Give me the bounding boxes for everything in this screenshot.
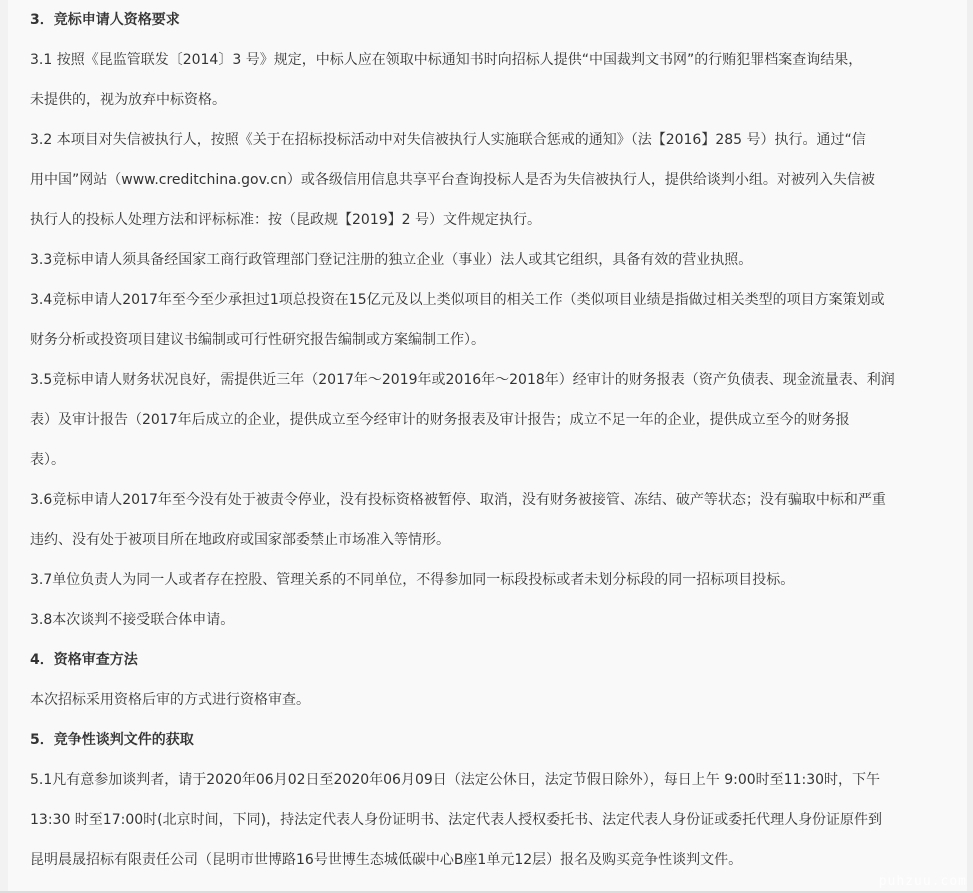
paragraph-5-1: 5.1凡有意参加谈判者，请于2020年06月02日至2020年06月09日（法定… — [30, 760, 945, 880]
document-body: 3．竞标申请人资格要求 3.1 按照《昆监管联发〔2014〕3 号》规定，中标人… — [30, 0, 945, 880]
left-margin-band — [0, 0, 8, 893]
text-line: 3.4竞标申请人2017年至今至少承担过1项总投资在15亿元及以上类似项目的相关… — [30, 280, 945, 320]
text-line: 表）及审计报告（2017年后成立的企业，提供成立至今经审计的财务报表及审计报告；… — [30, 400, 945, 440]
text-line: 表）。 — [30, 440, 945, 480]
text-line: 3.2 本项目对失信被执行人，按照《关于在招标投标活动中对失信被执行人实施联合惩… — [30, 120, 945, 160]
paragraph-3-1: 3.1 按照《昆监管联发〔2014〕3 号》规定，中标人应在领取中标通知书时向招… — [30, 40, 945, 120]
text-line: 3.8本次谈判不接受联合体申请。 — [30, 600, 945, 640]
section-heading-5: 5．竞争性谈判文件的获取 — [30, 720, 945, 760]
text-line: 未提供的，视为放弃中标资格。 — [30, 80, 945, 120]
paragraph-3-8: 3.8本次谈判不接受联合体申请。 — [30, 600, 945, 640]
text-line: 财务分析或投资项目建议书编制或可行性研究报告编制或方案编制工作）。 — [30, 320, 945, 360]
text-line: 昆明晨晟招标有限责任公司（昆明市世博路16号世博生态城低碳中心B座1单元12层）… — [30, 840, 945, 880]
paragraph-3-6: 3.6竞标申请人2017年至今没有处于被责令停业，没有投标资格被暂停、取消，没有… — [30, 480, 945, 560]
text-line: 13:30 时至17:00时(北京时间，下同)，持法定代表人身份证明书、法定代表… — [30, 800, 945, 840]
watermark: puhzuu.com — [879, 874, 967, 889]
text-line: 3.7单位负责人为同一人或者存在控股、管理关系的不同单位，不得参加同一标段投标或… — [30, 560, 945, 600]
text-line: 5.1凡有意参加谈判者，请于2020年06月02日至2020年06月09日（法定… — [30, 760, 945, 800]
paragraph-3-5: 3.5竞标申请人财务状况良好，需提供近三年（2017年～2019年或2016年～… — [30, 360, 945, 480]
text-line: 本次招标采用资格后审的方式进行资格审查。 — [30, 680, 945, 720]
paragraph-4-body: 本次招标采用资格后审的方式进行资格审查。 — [30, 680, 945, 720]
section-heading-3: 3．竞标申请人资格要求 — [30, 0, 945, 40]
paragraph-3-2: 3.2 本项目对失信被执行人，按照《关于在招标投标活动中对失信被执行人实施联合惩… — [30, 120, 945, 240]
text-line: 违约、没有处于被项目所在地政府或国家部委禁止市场准入等情形。 — [30, 520, 945, 560]
paragraph-3-3: 3.3竞标申请人须具备经国家工商行政管理部门登记注册的独立企业（事业）法人或其它… — [30, 240, 945, 280]
text-line: 3.6竞标申请人2017年至今没有处于被责令停业，没有投标资格被暂停、取消，没有… — [30, 480, 945, 520]
text-line: 执行人的投标人处理方法和评标标准：按（昆政规【2019】2 号）文件规定执行。 — [30, 200, 945, 240]
scrollbar-track[interactable] — [967, 0, 973, 893]
text-line: 用中国”网站（www.creditchina.gov.cn）或各级信用信息共享平… — [30, 160, 945, 200]
paragraph-3-4: 3.4竞标申请人2017年至今至少承担过1项总投资在15亿元及以上类似项目的相关… — [30, 280, 945, 360]
text-line: 3.5竞标申请人财务状况良好，需提供近三年（2017年～2019年或2016年～… — [30, 360, 945, 400]
section-heading-4: 4．资格审查方法 — [30, 640, 945, 680]
text-line: 3.3竞标申请人须具备经国家工商行政管理部门登记注册的独立企业（事业）法人或其它… — [30, 240, 945, 280]
text-line: 3.1 按照《昆监管联发〔2014〕3 号》规定，中标人应在领取中标通知书时向招… — [30, 40, 945, 80]
paragraph-3-7: 3.7单位负责人为同一人或者存在控股、管理关系的不同单位，不得参加同一标段投标或… — [30, 560, 945, 600]
